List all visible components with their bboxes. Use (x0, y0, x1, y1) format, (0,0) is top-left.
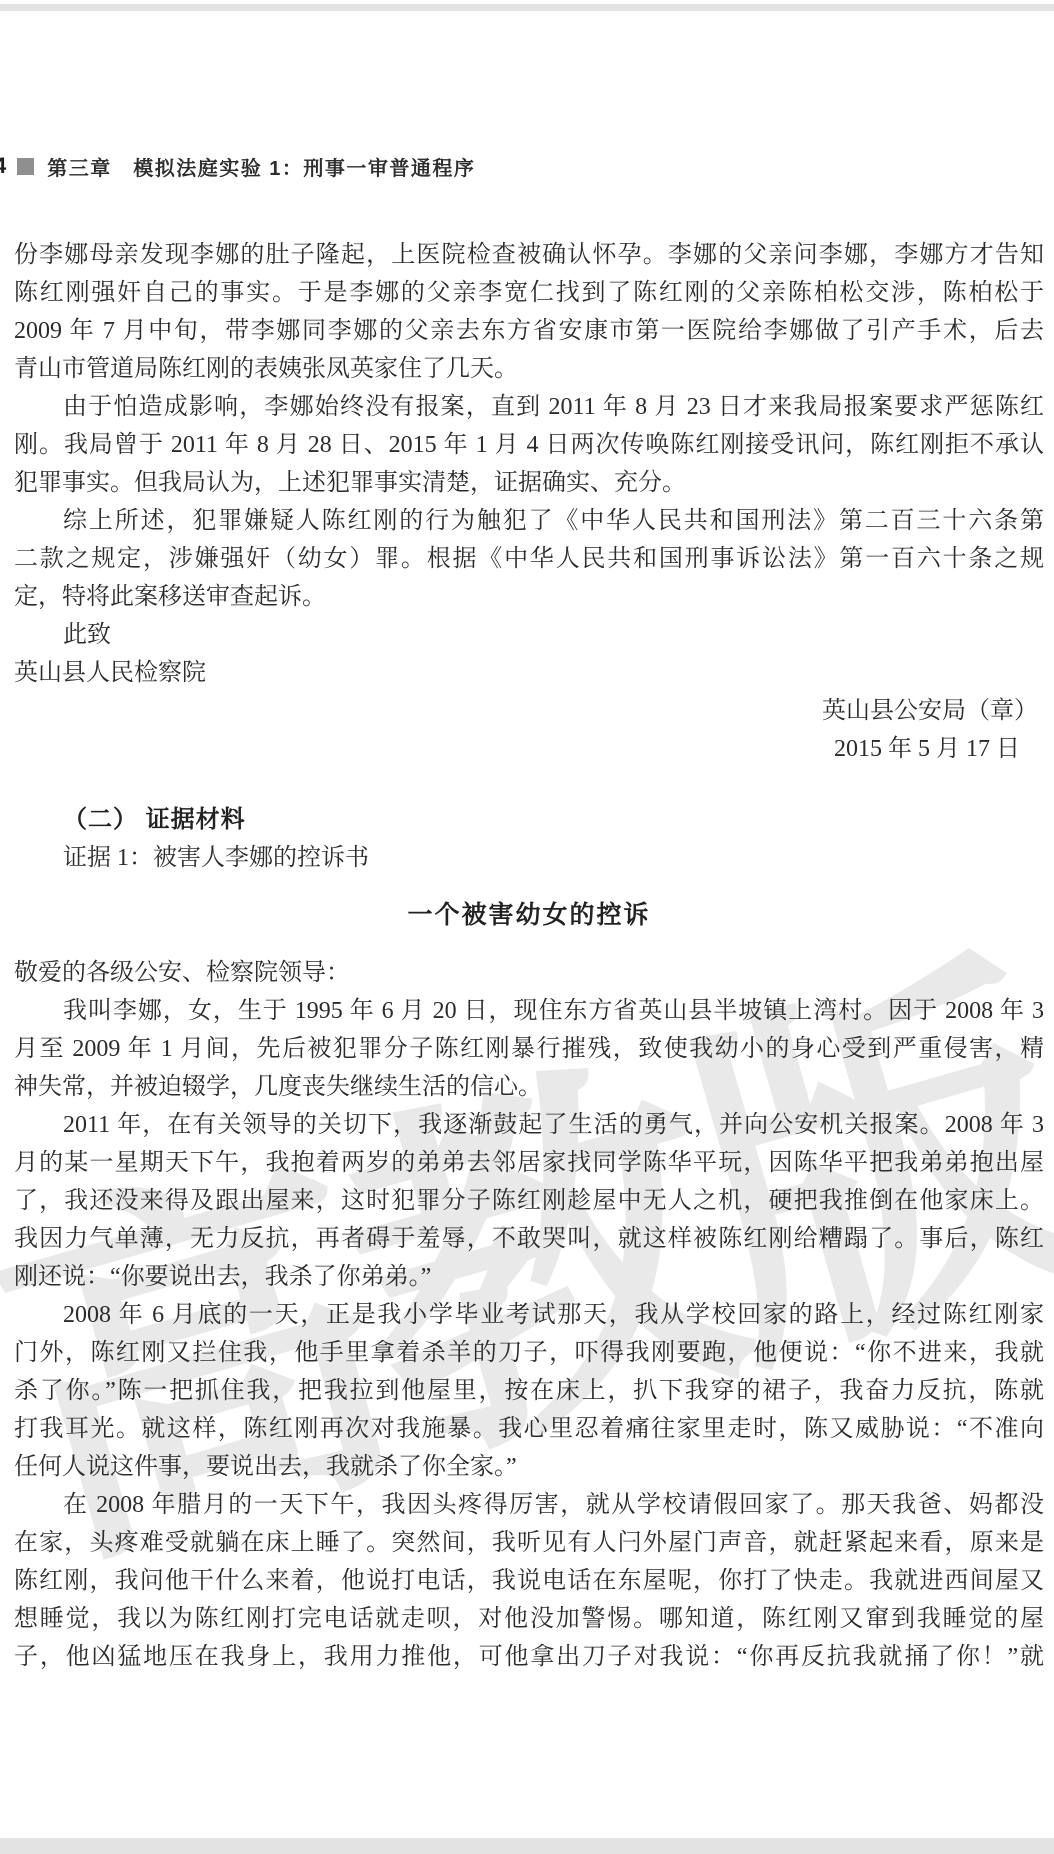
chapter-square-icon (17, 158, 34, 175)
complaint-line: 我因力气单薄，无力反抗，再者碍于羞辱，不敢哭叫，就这样被陈红刚给糟蹋了。事后，陈… (14, 1220, 1044, 1258)
complaint-line: 我叫李娜，女，生于 1995 年 6 月 20 日，现住东方省英山县半坡镇上湾村… (14, 992, 1044, 1030)
complaint-line: 了，我还没来得及跟出屋来，这时犯罪分子陈红刚趁屋中无人之机，硬把我推倒在他家床上… (14, 1182, 1044, 1220)
title-gap (14, 877, 1044, 896)
running-header: 4 第三章 模拟法庭实验 1：刑事一审普通程序 (0, 152, 1054, 180)
report-line: 陈红刚强奸自己的事实。于是李娜的父亲李宽仁找到了陈红刚的父亲陈柏松交涉，陈柏松于 (14, 274, 1044, 312)
report-line: 英山县人民检察院 (14, 654, 1044, 692)
complaint-line: 杀了你。”陈一把抓住我，把我拉到他屋里，按在床上，扒下我穿的裙子，我奋力反抗，陈… (14, 1372, 1044, 1410)
report-line: 英山县公安局（章） (14, 692, 1044, 730)
complaint-line: 月至 2009 年 1 月间，先后被犯罪分子陈红刚暴行摧残，致使我幼小的身心受到… (14, 1030, 1044, 1068)
complaint-line: 2011 年，在有关领导的关切下，我逐渐鼓起了生活的勇气，并向公安机关报案。20… (14, 1106, 1044, 1144)
report-line: 青山市管道局陈红刚的表姨张凤英家住了几天。 (14, 350, 1044, 388)
report-line: 综上所述，犯罪嫌疑人陈红刚的行为触犯了《中华人民共和国刑法》第二百三十六条第 (14, 502, 1044, 540)
complaint-line: 子，他凶猛地压在我身上，我用力推他，可他拿出刀子对我说：“你再反抗我就捅了你！”… (14, 1638, 1044, 1676)
complaint-line: 月的某一星期天下午，我抱着两岁的弟弟去邻居家找同学陈华平玩，因陈华平把我弟弟抱出… (14, 1144, 1044, 1182)
report-line: 此致 (14, 616, 1044, 654)
complaint-title: 一个被害幼女的控诉 (14, 896, 1044, 934)
complaint-line: 在家，头疼难受就躺在床上睡了。突然间，我听见有人闩外屋门声音，就赶紧起来看，原来… (14, 1524, 1044, 1562)
complaint-line: 想睡觉，我以为陈红刚打完电话就走呗，对他没加警惕。哪知道，陈红刚又窜到我睡觉的屋 (14, 1600, 1044, 1638)
report-line: 犯罪事实。但我局认为，上述犯罪事实清楚，证据确实、充分。 (14, 464, 1044, 502)
evidence-item-label: 证据 1：被害人李娜的控诉书 (14, 839, 1044, 877)
report-line: 2009 年 7 月中旬，带李娜同李娜的父亲去东方省安康市第一医院给李娜做了引产… (14, 312, 1044, 350)
complaint-line: 门外，陈红刚又拦住我，他手里拿着杀羊的刀子，吓得我刚要跑，他便说：“你不进来，我… (14, 1334, 1044, 1372)
chapter-title: 第三章 模拟法庭实验 1：刑事一审普通程序 (47, 152, 475, 181)
complaint-line: 2008 年 6 月底的一天，正是我小学毕业考试那天，我从学校回家的路上，经过陈… (14, 1296, 1044, 1334)
report-line: 份李娜母亲发现李娜的肚子隆起，上医院检查被确认怀孕。李娜的父亲问李娜，李娜方才告… (14, 236, 1044, 274)
complaint-salutation: 敬爱的各级公安、检察院领导： (14, 954, 1044, 992)
complaint-line: 任何人说这件事，要说出去，我就杀了你全家。” (14, 1448, 1044, 1486)
report-line: 由于怕造成影响，李娜始终没有报案，直到 2011 年 8 月 23 日才来我局报… (14, 388, 1044, 426)
evidence-section-heading: （二） 证据材料 (14, 801, 1044, 839)
police-report-body: 份李娜母亲发现李娜的肚子隆起，上医院检查被确认怀孕。李娜的父亲问李娜，李娜方才告… (14, 236, 1044, 768)
section-gap (14, 768, 1044, 801)
complaint-line: 神失常，并被迫辍学，几度丧失继续生活的信心。 (14, 1068, 1044, 1106)
report-line: 2015 年 5 月 17 日 (14, 730, 1044, 768)
complaint-line: 在 2008 年腊月的一天下午，我因头疼得厉害，就从学校请假回家了。那天我爸、妈… (14, 1486, 1044, 1524)
book-page: { "page_header": { "page_number": "4", "… (0, 0, 1054, 1854)
complaint-letter-body: 我叫李娜，女，生于 1995 年 6 月 20 日，现住东方省英山县半坡镇上湾村… (14, 992, 1044, 1676)
complaint-line: 刚还说：“你要说出去，我杀了你弟弟。” (14, 1258, 1044, 1296)
report-line: 二款之规定，涉嫌强奸（幼女）罪。根据《中华人民共和国刑事诉讼法》第一百六十条之规 (14, 540, 1044, 578)
document-content: 份李娜母亲发现李娜的肚子隆起，上医院检查被确认怀孕。李娜的父亲问李娜，李娜方才告… (14, 236, 1044, 1676)
report-line: 刚。我局曾于 2011 年 8 月 28 日、2015 年 1 月 4 日两次传… (14, 426, 1044, 464)
report-line: 定，特将此案移送审查起诉。 (14, 578, 1044, 616)
page-number: 4 (0, 153, 6, 179)
salutation-gap (14, 934, 1044, 954)
complaint-line: 陈红刚，我问他干什么来着，他说打电话，我说电话在东屋呢，你打了快走。我就进西间屋… (14, 1562, 1044, 1600)
page-bottom-edge-bar (0, 1838, 1054, 1854)
complaint-line: 打我耳光。就这样，陈红刚再次对我施暴。我心里忍着痛往家里走时，陈又威胁说：“不准… (14, 1410, 1044, 1448)
page-top-edge-bar (0, 4, 1054, 11)
